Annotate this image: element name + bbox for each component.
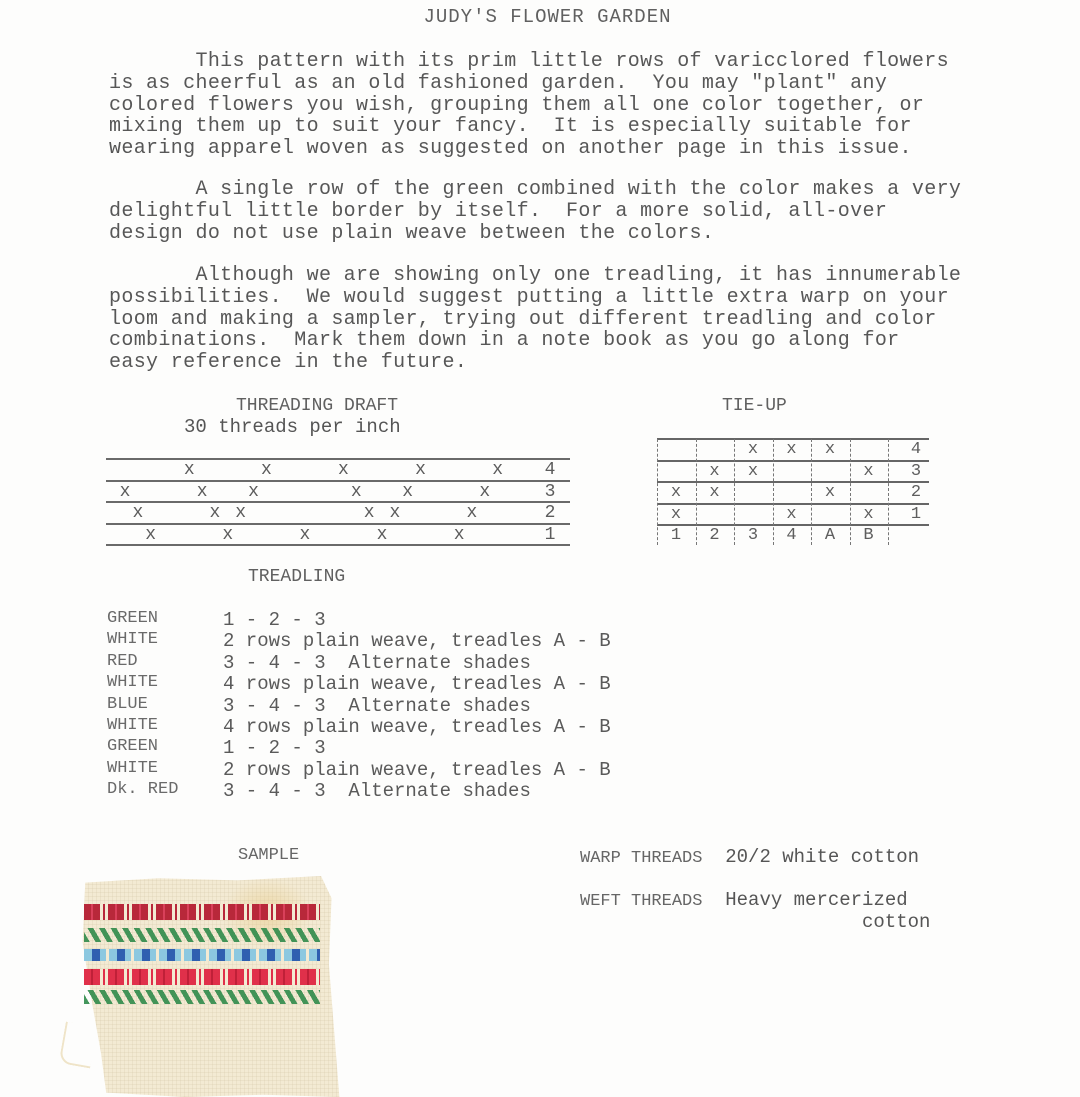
shaft-number: 1 [898,505,934,525]
intro-paragraph: This pattern with its prim little rows o… [109,51,1009,160]
thread-mark: x [402,483,413,501]
yarn-color: GREEN [107,609,223,630]
treadling-instruction: 4 rows plain weave, treadles A - B [223,716,611,737]
tieup-heading: TIE-UP [722,396,787,416]
treadle-label: 2 [697,526,733,546]
shaft-number: 1 [545,526,556,544]
treadling-heading: TREADLING [248,567,345,587]
tie-mark: x [774,505,810,525]
treadling-instruction: 3 - 4 - 3 Alternate shades [223,652,531,673]
thread-mark: x [197,483,208,501]
treadling-row: RED3 - 4 - 3 Alternate shades [107,652,611,673]
loose-thread [59,1022,98,1069]
threading-draft: xxxxx4xxxxxx3xxxxxx2xxxxx1 [106,455,570,549]
shaft-number: 3 [898,462,934,482]
band-green-leaves [84,990,320,1004]
yarn-color: WHITE [107,759,223,780]
shaft-number: 2 [545,504,556,522]
tie-mark: x [851,505,887,525]
page-title: JUDY'S FLOWER GARDEN [0,6,1080,28]
thread-mark: x [184,461,195,479]
yarn-color: WHITE [107,716,223,737]
treadle-label: A [812,526,848,546]
draft-line [106,523,570,525]
warp-spec: WARP THREADS 20/2 white cotton [580,846,919,868]
treadling-instruction: 3 - 4 - 3 Alternate shades [223,780,531,801]
treadling-instruction: 1 - 2 - 3 [223,737,326,758]
tie-mark: x [735,462,771,482]
tieup-divider [888,439,890,545]
thread-mark: x [377,526,388,544]
warp-label: WARP THREADS [580,849,702,868]
treadling-row: GREEN1 - 2 - 3 [107,737,611,758]
thread-mark: x [415,461,426,479]
treadling-row: BLUE3 - 4 - 3 Alternate shades [107,695,611,716]
draft-line [106,501,570,503]
treadling-instruction: 1 - 2 - 3 [223,609,326,630]
tieup-grid: xxx4xxx3xxx2xxx11234AB [657,437,929,547]
shaft-number: 3 [545,483,556,501]
yarn-color: WHITE [107,630,223,651]
shaft-number: 4 [545,461,556,479]
thread-mark: x [132,504,143,522]
treadle-label: B [851,526,887,546]
treadling-row: WHITE2 rows plain weave, treadles A - B [107,759,611,780]
yarn-color: BLUE [107,695,223,716]
warp-value: 20/2 white cotton [725,846,919,868]
sample-heading: SAMPLE [238,846,299,865]
weft-value: Heavy mercerized [725,889,907,911]
woven-sample-image [62,876,344,1097]
tie-mark: x [735,440,771,460]
threading-density: 30 threads per inch [184,416,401,438]
thread-mark: x [222,526,233,544]
band-blue-flowers [84,949,320,961]
treadling-row: Dk. RED3 - 4 - 3 Alternate shades [107,780,611,801]
treadling-instruction: 4 rows plain weave, treadles A - B [223,673,611,694]
thread-mark: x [351,483,362,501]
shaft-number: 4 [898,440,934,460]
thread-mark: x [261,461,272,479]
tie-mark: x [851,462,887,482]
threading-heading: THREADING DRAFT [236,396,398,416]
thread-mark: x [210,504,221,522]
tie-mark: x [774,440,810,460]
thread-mark: x [467,504,478,522]
treadle-label: 3 [735,526,771,546]
treadling-row: WHITE2 rows plain weave, treadles A - B [107,630,611,651]
tie-mark: x [812,483,848,503]
shaft-number: 2 [898,483,934,503]
tie-mark: x [812,440,848,460]
treadle-label: 1 [658,526,694,546]
band-red-flowers [84,969,320,985]
sampler-paragraph: Although we are showing only one treadli… [109,265,1009,374]
treadling-instruction: 3 - 4 - 3 Alternate shades [223,695,531,716]
tie-mark: x [697,462,733,482]
thread-mark: x [479,483,490,501]
border-paragraph: A single row of the green combined with … [109,179,1009,244]
treadling-instruction: 2 rows plain weave, treadles A - B [223,759,611,780]
treadling-row: WHITE4 rows plain weave, treadles A - B [107,673,611,694]
thread-mark: x [338,461,349,479]
treadling-row: GREEN1 - 2 - 3 [107,609,611,630]
thread-mark: x [120,483,131,501]
treadling-list: GREEN1 - 2 - 3WHITE2 rows plain weave, t… [107,609,611,802]
tie-mark: x [658,505,694,525]
yarn-color: Dk. RED [107,780,223,801]
thread-mark: x [235,504,246,522]
treadle-label: 4 [774,526,810,546]
thread-mark: x [454,526,465,544]
yarn-color: GREEN [107,737,223,758]
tie-mark: x [697,483,733,503]
thread-mark: x [145,526,156,544]
thread-mark: x [364,504,375,522]
treadling-instruction: 2 rows plain weave, treadles A - B [223,630,611,651]
tie-mark: x [658,483,694,503]
thread-mark: x [299,526,310,544]
yarn-color: RED [107,652,223,673]
weft-spec: WEFT THREADS Heavy mercerized [580,889,908,911]
yarn-color: WHITE [107,673,223,694]
draft-line [106,544,570,546]
band-green-leaves [84,928,320,942]
weft-label: WEFT THREADS [580,892,702,911]
weft-value-continued: cotton [862,911,930,933]
treadling-row: WHITE4 rows plain weave, treadles A - B [107,716,611,737]
thread-mark: x [492,461,503,479]
thread-mark: x [389,504,400,522]
band-dark-red-flowers [84,904,320,920]
thread-mark: x [248,483,259,501]
